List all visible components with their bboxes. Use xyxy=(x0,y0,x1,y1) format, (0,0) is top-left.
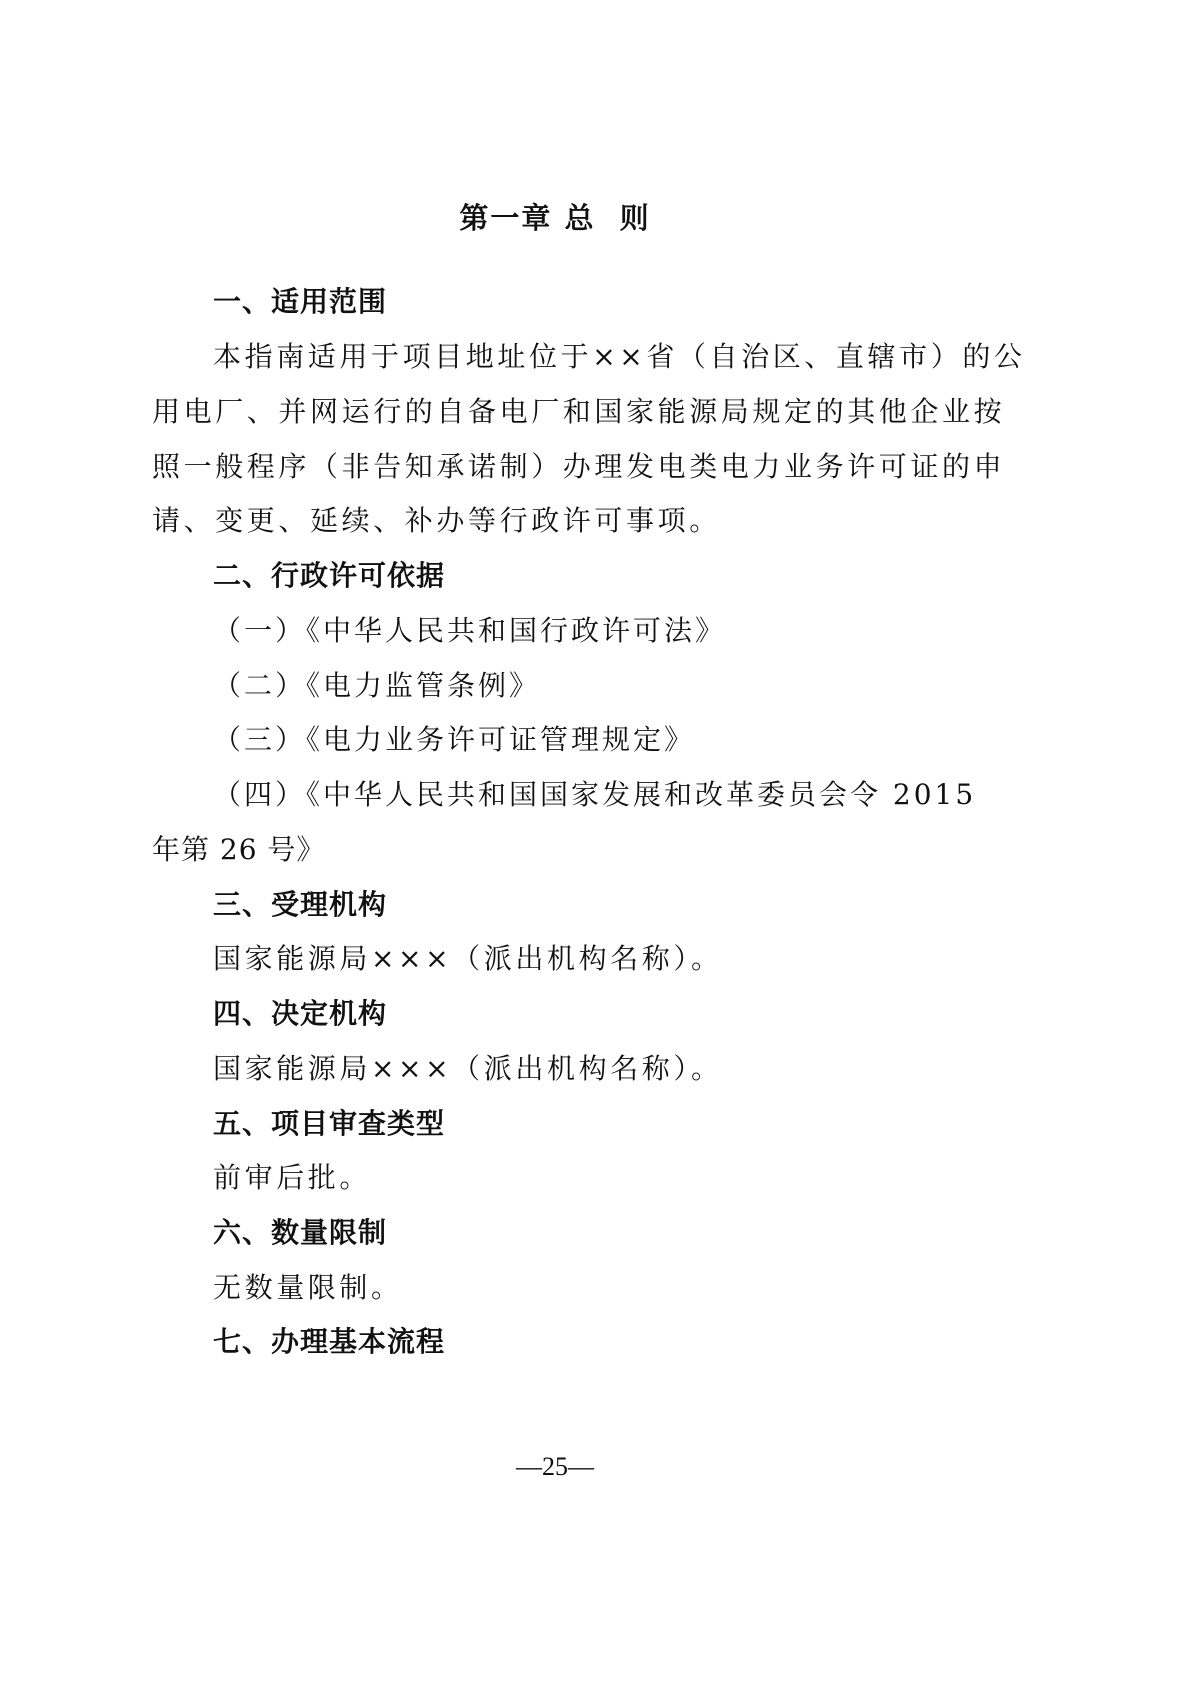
legal-basis-item: （四）《中华人民共和国国家发展和改革委员会令 2015 xyxy=(213,775,1021,815)
section-heading-quantity-limit: 六、数量限制 xyxy=(213,1213,1021,1253)
document-page: 第一章 总 则 一、适用范围 本指南适用于项目地址位于××省（自治区、直辖市）的… xyxy=(0,0,1200,1696)
legal-basis-item: （三）《电力业务许可证管理规定》 xyxy=(213,720,1021,760)
section-heading-scope: 一、适用范围 xyxy=(213,282,1021,322)
legal-basis-item-continuation: 年第 26 号》 xyxy=(152,830,960,870)
paragraph-line: 本指南适用于项目地址位于××省（自治区、直辖市）的公 xyxy=(213,337,1021,377)
paragraph-line: 无数量限制。 xyxy=(213,1268,1021,1308)
section-heading-legal-basis: 二、行政许可依据 xyxy=(213,556,1021,596)
legal-basis-item: （一）《中华人民共和国行政许可法》 xyxy=(213,611,1021,651)
legal-basis-item: （二）《电力监管条例》 xyxy=(213,666,1021,706)
paragraph-line: 前审后批。 xyxy=(213,1158,1021,1198)
section-heading-basic-process: 七、办理基本流程 xyxy=(213,1322,1021,1362)
section-heading-review-type: 五、项目审查类型 xyxy=(213,1104,1021,1144)
paragraph-line: 请、变更、延续、补办等行政许可事项。 xyxy=(152,501,960,541)
paragraph-line: 国家能源局×××（派出机构名称）。 xyxy=(213,1049,1021,1089)
section-heading-accepting-agency: 三、受理机构 xyxy=(213,885,1021,925)
chapter-title: 第一章 总 则 xyxy=(0,196,1110,237)
paragraph-line: 国家能源局×××（派出机构名称）。 xyxy=(213,939,1021,979)
section-heading-deciding-agency: 四、决定机构 xyxy=(213,994,1021,1034)
page-number: —25— xyxy=(0,1452,1110,1482)
paragraph-line: 照一般程序（非告知承诺制）办理发电类电力业务许可证的申 xyxy=(152,447,960,487)
paragraph-line: 用电厂、并网运行的自备电厂和国家能源局规定的其他企业按 xyxy=(152,392,960,432)
